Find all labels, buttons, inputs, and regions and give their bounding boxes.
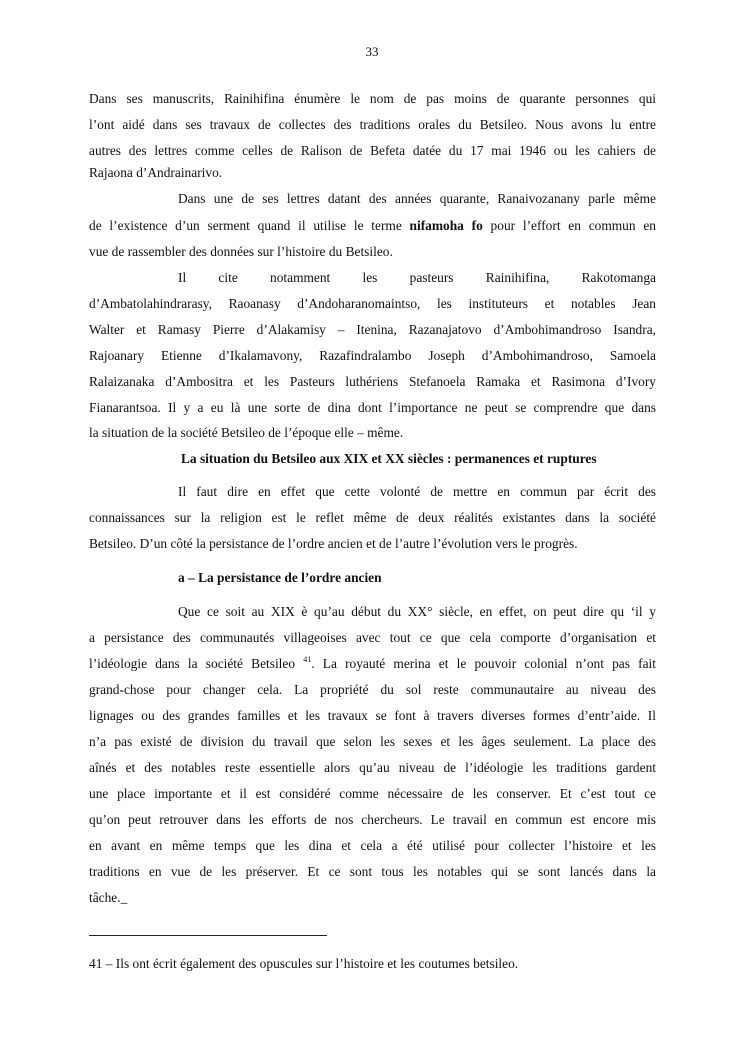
- paragraph-line: tâche._: [89, 889, 656, 907]
- paragraph-line: l’idéologie dans la société Betsileo 41.…: [89, 655, 656, 673]
- paragraph-line: traditions en vue de les préserver. Et c…: [89, 863, 656, 881]
- paragraph-line: Ralaizanaka d’Ambositra et les Pasteurs …: [89, 373, 656, 391]
- paragraph-line: grand-chose pour changer cela. La propri…: [89, 681, 656, 699]
- text-run: de l’existence d’un serment quand il uti…: [89, 218, 410, 233]
- paragraph-line: Fianarantsoa. Il y a eu là une sorte de …: [89, 399, 656, 417]
- paragraph-line: n’a pas existé de division du travail qu…: [89, 733, 656, 751]
- paragraph-line: la situation de la société Betsileo de l…: [89, 424, 656, 442]
- paragraph-line: qu’on peut retrouver dans les efforts de…: [89, 811, 656, 829]
- text-run: . La royauté merina et le pouvoir coloni…: [311, 656, 656, 671]
- paragraph-line: Que ce soit au XIX è qu’au début du XX° …: [178, 603, 656, 621]
- footnote-separator: [89, 935, 327, 936]
- paragraph-line: Rajaona d’Andrainarivo.: [89, 164, 656, 182]
- paragraph-line: en avant en même temps que les dina et c…: [89, 837, 656, 855]
- paragraph-line: Dans ses manuscrits, Rainihifina énumère…: [89, 90, 656, 108]
- paragraph-line: Betsileo. D’un côté la persistance de l’…: [89, 535, 656, 553]
- subsection-heading: a – La persistance de l’ordre ancien: [178, 569, 382, 587]
- paragraph-line: Walter et Ramasy Pierre d’Alakamisy – It…: [89, 321, 656, 339]
- paragraph-line: a persistance des communautés villageois…: [89, 629, 656, 647]
- paragraph-line: Il faut dire en effet que cette volonté …: [178, 483, 656, 501]
- paragraph-line: l’ont aidé dans ses travaux de collectes…: [89, 116, 656, 134]
- paragraph-line: de l’existence d’un serment quand il uti…: [89, 217, 656, 235]
- paragraph-line: connaissances sur la religion est le ref…: [89, 509, 656, 527]
- paragraph-line: aînés et des notables reste essentielle …: [89, 759, 656, 777]
- paragraph-line: Il cite notamment les pasteurs Rainihifi…: [178, 269, 656, 287]
- paragraph-line: une place importante et il est considéré…: [89, 785, 656, 803]
- paragraph-line: lignages ou des grandes familles et les …: [89, 707, 656, 725]
- text-run: l’idéologie dans la société Betsileo: [89, 656, 303, 671]
- paragraph-line: vue de rassembler des données sur l’hist…: [89, 243, 656, 261]
- paragraph-line: autres des lettres comme celles de Ralis…: [89, 142, 656, 160]
- paragraph-line: Rajoanary Etienne d’Ikalamavony, Razafin…: [89, 347, 656, 365]
- text-run: pour l’effort en commun en: [483, 218, 656, 233]
- bold-term: nifamoha fo: [410, 218, 483, 233]
- section-heading: La situation du Betsileo aux XIX et XX s…: [181, 450, 597, 468]
- paragraph-line: d’Ambatolahindrarasy, Raoanasy d’Andohar…: [89, 295, 656, 313]
- paragraph-line: Dans une de ses lettres datant des année…: [178, 190, 656, 208]
- footnote: 41 – Ils ont écrit également des opuscul…: [89, 955, 518, 973]
- page-number: 33: [0, 44, 744, 60]
